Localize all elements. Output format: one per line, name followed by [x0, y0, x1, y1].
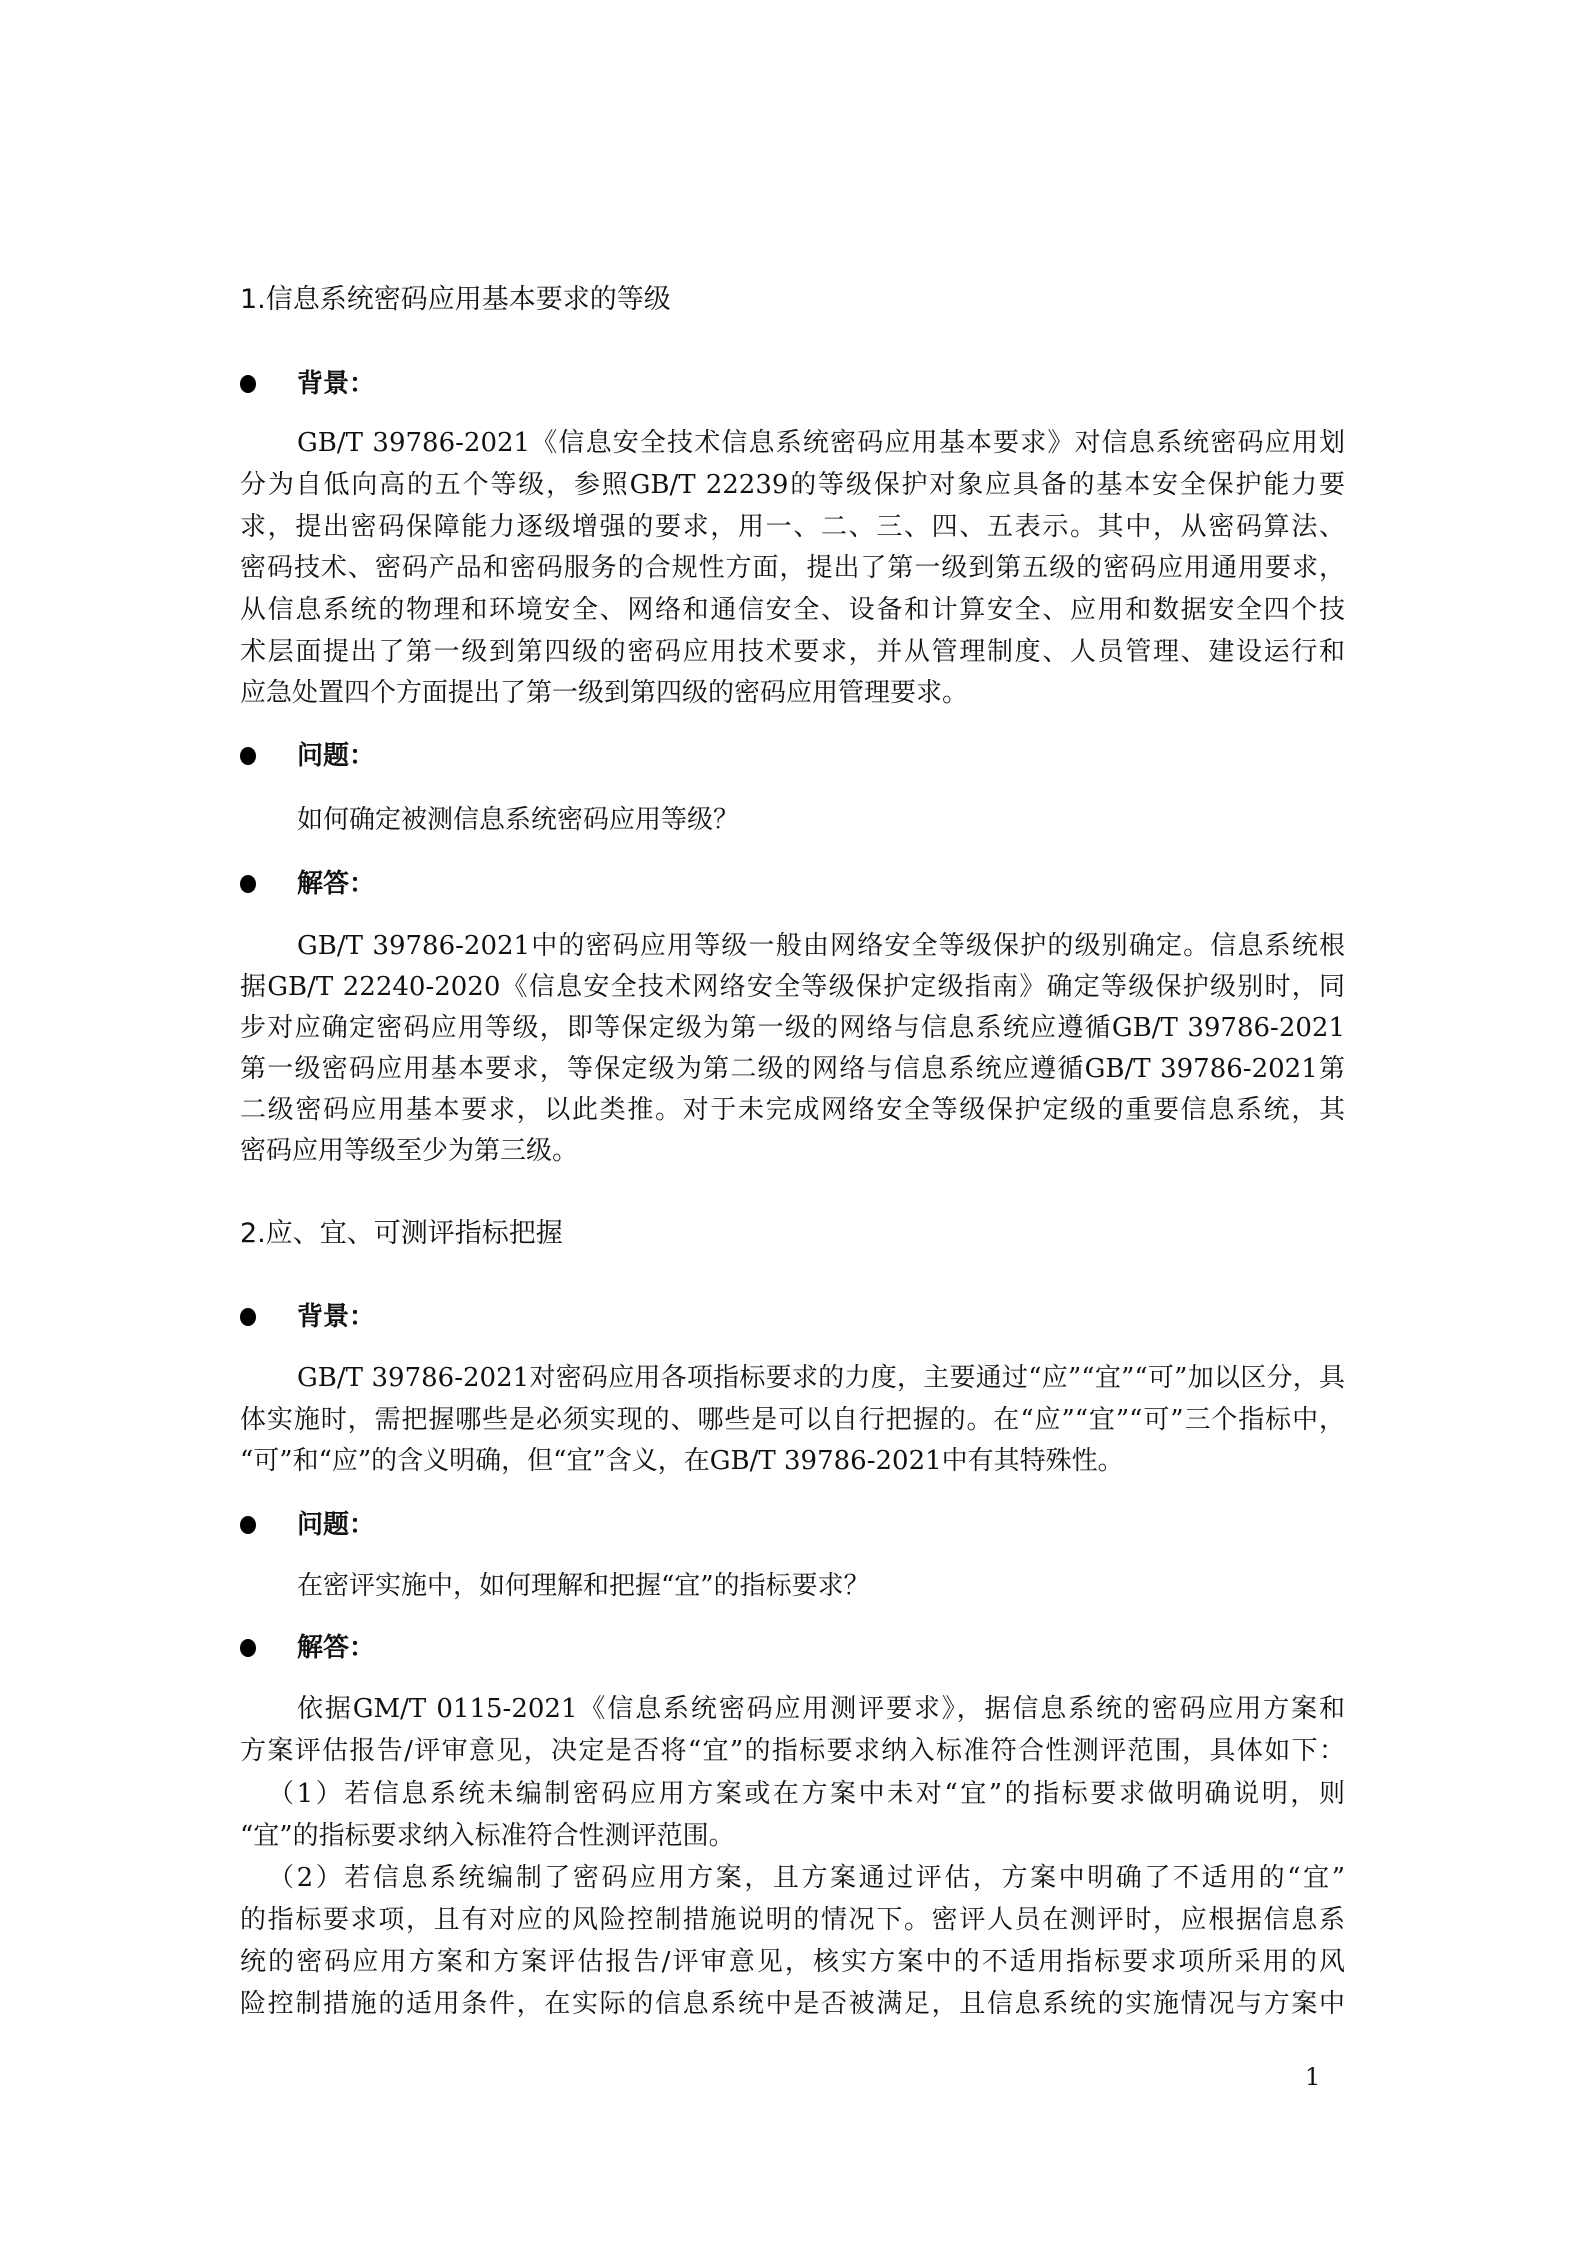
question-label: 问题：	[297, 736, 375, 776]
paragraph-line: 依据GM/T 0115-2021《信息系统密码应用测评要求》，据信息系统的密码应…	[297, 1689, 1345, 1729]
background-label: 背景：	[297, 364, 375, 404]
paragraph-line: 步对应确定密码应用等级，即等保定级为第一级的网络与信息系统应遵循GB/T 397…	[240, 1008, 1345, 1048]
paragraph-line: 方案评估报告/评审意见，决定是否将“宜”的指标要求纳入标准符合性测评范围，具体如…	[240, 1731, 1345, 1771]
paragraph-line: GB/T 39786-2021中的密码应用等级一般由网络安全等级保护的级别确定。…	[297, 926, 1345, 966]
background-label: 背景：	[297, 1297, 375, 1337]
section-2-title: 2.应、宜、可测评指标把握	[240, 1214, 563, 1254]
section-1-answer-bullet: 解答：	[240, 864, 375, 904]
bullet-icon	[240, 1308, 256, 1326]
question-text: 如何确定被测信息系统密码应用等级？	[297, 800, 1345, 840]
paragraph-line: 第一级密码应用基本要求，等保定级为第二级的网络与信息系统应遵循GB/T 3978…	[240, 1049, 1345, 1089]
paragraph-line: 应急处置四个方面提出了第一级到第四级的密码应用管理要求。	[240, 673, 1345, 713]
section-2-answer-bullet: 解答：	[240, 1628, 375, 1668]
paragraph-line: GB/T 39786-2021《信息安全技术信息系统密码应用基本要求》对信息系统…	[297, 423, 1345, 463]
paragraph-line: 密码应用等级至少为第三级。	[240, 1131, 1345, 1171]
list-item-2-line: 险控制措施的适用条件，在实际的信息系统中是否被满足，且信息系统的实施情况与方案中	[240, 1984, 1345, 2024]
section-1-question-bullet: 问题：	[240, 736, 375, 776]
list-item-2-line: 统的密码应用方案和方案评估报告/评审意见，核实方案中的不适用指标要求项所采用的风	[240, 1942, 1345, 1982]
document-page: 1.信息系统密码应用基本要求的等级 背景： GB/T 39786-2021《信息…	[0, 0, 1586, 2244]
section-1-title: 1.信息系统密码应用基本要求的等级	[240, 280, 671, 320]
bullet-icon	[240, 747, 256, 765]
paragraph-line: GB/T 39786-2021对密码应用各项指标要求的力度，主要通过“应”“宜”…	[297, 1358, 1345, 1398]
answer-label: 解答：	[297, 864, 375, 904]
question-label: 问题：	[297, 1505, 375, 1545]
bullet-icon	[240, 375, 256, 393]
list-item-2-line: 的指标要求项，且有对应的风险控制措施说明的情况下。密评人员在测评时，应根据信息系	[240, 1900, 1345, 1940]
list-item-1-line: “宜”的指标要求纳入标准符合性测评范围。	[240, 1816, 1345, 1856]
list-item-1-line: （1）若信息系统未编制密码应用方案或在方案中未对“宜”的指标要求做明确说明，则	[268, 1774, 1345, 1814]
bullet-icon	[240, 875, 256, 893]
paragraph-line: 密码技术、密码产品和密码服务的合规性方面，提出了第一级到第五级的密码应用通用要求…	[240, 548, 1345, 588]
paragraph-line: 体实施时，需把握哪些是必须实现的、哪些是可以自行把握的。在“应”“宜”“可”三个…	[240, 1400, 1345, 1440]
paragraph-line: “可”和“应”的含义明确，但“宜”含义，在GB/T 39786-2021中有其特…	[240, 1441, 1345, 1481]
paragraph-line: 术层面提出了第一级到第四级的密码应用技术要求，并从管理制度、人员管理、建设运行和	[240, 632, 1345, 672]
question-text: 在密评实施中，如何理解和把握“宜”的指标要求？	[297, 1566, 1345, 1606]
section-2-question-bullet: 问题：	[240, 1505, 375, 1545]
list-item-2-line: （2）若信息系统编制了密码应用方案，且方案通过评估，方案中明确了不适用的“宜”	[268, 1858, 1345, 1898]
paragraph-line: 求，提出密码保障能力逐级增强的要求，用一、二、三、四、五表示。其中，从密码算法、	[240, 507, 1345, 547]
section-1-background-bullet: 背景：	[240, 364, 375, 404]
bullet-icon	[240, 1639, 256, 1657]
paragraph-line: 从信息系统的物理和环境安全、网络和通信安全、设备和计算安全、应用和数据安全四个技	[240, 590, 1345, 630]
page-number: 1	[1305, 2062, 1320, 2092]
paragraph-line: 二级密码应用基本要求，以此类推。对于未完成网络安全等级保护定级的重要信息系统，其	[240, 1090, 1345, 1130]
paragraph-line: 分为自低向高的五个等级，参照GB/T 22239的等级保护对象应具备的基本安全保…	[240, 465, 1345, 505]
section-2-background-bullet: 背景：	[240, 1297, 375, 1337]
answer-label: 解答：	[297, 1628, 375, 1668]
paragraph-line: 据GB/T 22240-2020《信息安全技术网络安全等级保护定级指南》确定等级…	[240, 967, 1345, 1007]
bullet-icon	[240, 1516, 256, 1534]
